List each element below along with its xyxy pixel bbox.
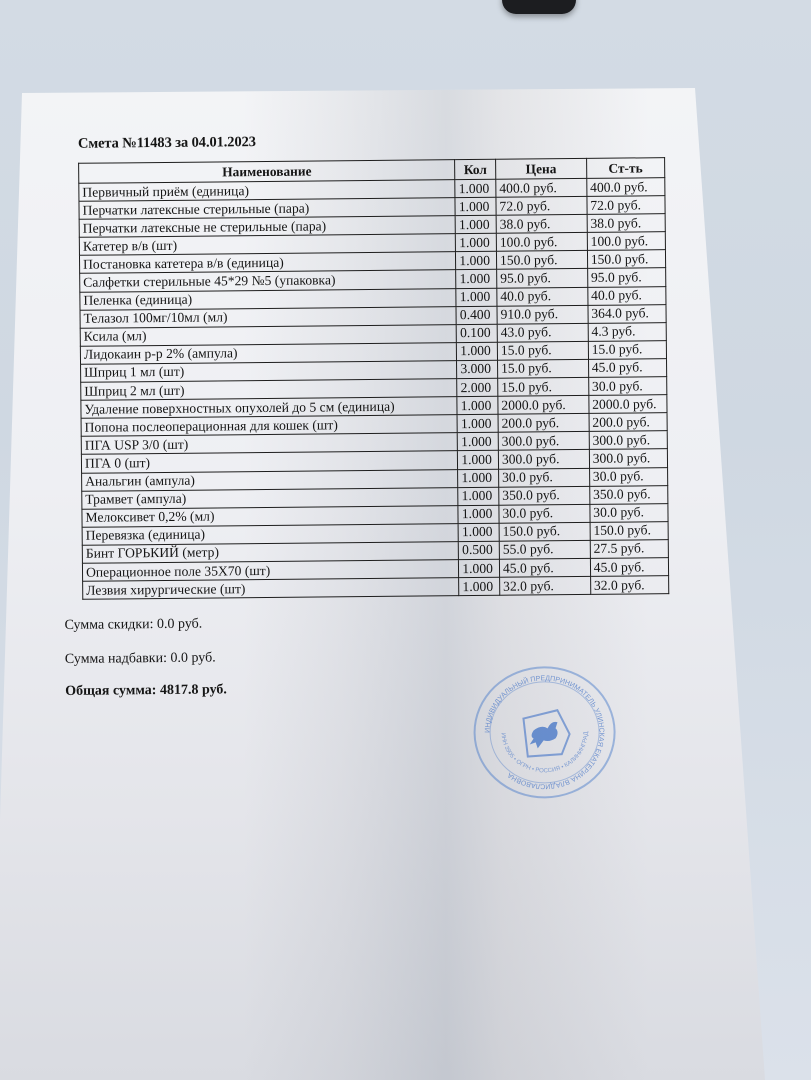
- cell-price: 30.0 руб.: [499, 504, 590, 523]
- cell-sum: 300.0 руб.: [589, 431, 667, 450]
- cell-qty: 1.000: [459, 559, 500, 577]
- cell-sum: 45.0 руб.: [590, 558, 668, 577]
- cell-qty: 1.000: [458, 523, 499, 541]
- cell-sum: 400.0 руб.: [587, 178, 665, 197]
- cell-qty: 1.000: [458, 505, 499, 523]
- cell-sum: 95.0 руб.: [587, 268, 665, 287]
- stamp-emblem-icon: [517, 704, 574, 761]
- header-qty: Кол: [455, 159, 496, 179]
- document-title: Смета №11483 за 04.01.2023: [78, 134, 256, 153]
- cell-qty: 1.000: [456, 288, 497, 306]
- cell-sum: 150.0 руб.: [587, 250, 665, 269]
- cell-sum: 300.0 руб.: [589, 449, 667, 468]
- cell-sum: 200.0 руб.: [589, 413, 667, 432]
- cell-qty: 1.000: [459, 577, 500, 595]
- cell-qty: 1.000: [455, 197, 496, 215]
- cell-price: 32.0 руб.: [500, 576, 591, 595]
- cell-sum: 30.0 руб.: [589, 467, 667, 486]
- cell-sum: 100.0 руб.: [587, 232, 665, 251]
- cell-qty: 1.000: [457, 396, 498, 414]
- cell-price: 200.0 руб.: [498, 414, 589, 433]
- cell-qty: 1.000: [458, 433, 499, 451]
- markup-total: Сумма надбавки: 0.0 руб.: [65, 650, 216, 667]
- cell-price: 40.0 руб.: [497, 287, 588, 306]
- cell-qty: 1.000: [458, 451, 499, 469]
- cell-price: 2000.0 руб.: [498, 396, 589, 415]
- estimate-table: Наименование Кол Цена Ст-ть Первичный пр…: [78, 157, 669, 600]
- company-stamp: ИНДИВИДУАЛЬНЫЙ ПРЕДПРИНИМАТЕЛЬ УЛИНСКАЯ …: [473, 666, 616, 799]
- cell-price: 55.0 руб.: [499, 540, 590, 559]
- cell-sum: 40.0 руб.: [588, 286, 666, 305]
- cell-qty: 1.000: [457, 414, 498, 432]
- cell-sum: 150.0 руб.: [590, 521, 668, 540]
- cell-sum: 364.0 руб.: [588, 304, 666, 323]
- cell-name: Лезвия хирургические (шт): [83, 578, 459, 600]
- cell-sum: 2000.0 руб.: [589, 395, 667, 414]
- cell-qty: 1.000: [456, 270, 497, 288]
- table-body: Первичный приём (единица)1.000400.0 руб.…: [79, 178, 669, 600]
- cell-sum: 30.0 руб.: [588, 377, 666, 396]
- cell-qty: 1.000: [455, 179, 496, 197]
- cell-price: 30.0 руб.: [499, 468, 590, 487]
- cell-price: 38.0 руб.: [496, 215, 587, 234]
- cell-price: 43.0 руб.: [497, 323, 588, 342]
- cell-price: 150.0 руб.: [499, 522, 590, 541]
- cell-sum: 45.0 руб.: [588, 359, 666, 378]
- cell-price: 45.0 руб.: [499, 558, 590, 577]
- cell-price: 72.0 руб.: [496, 197, 587, 216]
- cell-price: 15.0 руб.: [497, 359, 588, 378]
- cell-sum: 72.0 руб.: [587, 196, 665, 215]
- cell-qty: 1.000: [458, 469, 499, 487]
- cell-qty: 1.000: [455, 215, 496, 233]
- grand-total: Общая сумма: 4817.8 руб.: [65, 682, 227, 700]
- cell-price: 400.0 руб.: [496, 178, 587, 197]
- cell-sum: 30.0 руб.: [590, 503, 668, 522]
- cell-sum: 27.5 руб.: [590, 540, 668, 559]
- cell-price: 300.0 руб.: [498, 432, 589, 451]
- cell-price: 350.0 руб.: [499, 486, 590, 505]
- cell-qty: 0.100: [456, 324, 497, 342]
- cell-qty: 0.400: [456, 306, 497, 324]
- cell-price: 150.0 руб.: [496, 251, 587, 270]
- cell-qty: 3.000: [457, 360, 498, 378]
- cell-qty: 1.000: [458, 487, 499, 505]
- cell-price: 15.0 руб.: [498, 377, 589, 396]
- cell-qty: 0.500: [459, 541, 500, 559]
- cell-sum: 38.0 руб.: [587, 214, 665, 233]
- cell-qty: 1.000: [457, 342, 498, 360]
- cell-qty: 1.000: [456, 252, 497, 270]
- cell-sum: 15.0 руб.: [588, 340, 666, 359]
- cell-price: 300.0 руб.: [498, 450, 589, 469]
- header-price: Цена: [496, 158, 587, 179]
- cell-price: 100.0 руб.: [496, 233, 587, 252]
- cell-price: 15.0 руб.: [497, 341, 588, 360]
- estimate-document: Смета №11483 за 04.01.2023 Наименование …: [0, 0, 811, 1080]
- cell-sum: 4.3 руб.: [588, 322, 666, 341]
- cell-qty: 1.000: [456, 234, 497, 252]
- header-sum: Ст-ть: [586, 158, 664, 179]
- cell-price: 95.0 руб.: [497, 269, 588, 288]
- discount-total: Сумма скидки: 0.0 руб.: [64, 617, 202, 634]
- cell-sum: 350.0 руб.: [589, 485, 667, 504]
- cell-price: 910.0 руб.: [497, 305, 588, 324]
- cell-qty: 2.000: [457, 378, 498, 396]
- cell-sum: 32.0 руб.: [590, 576, 668, 595]
